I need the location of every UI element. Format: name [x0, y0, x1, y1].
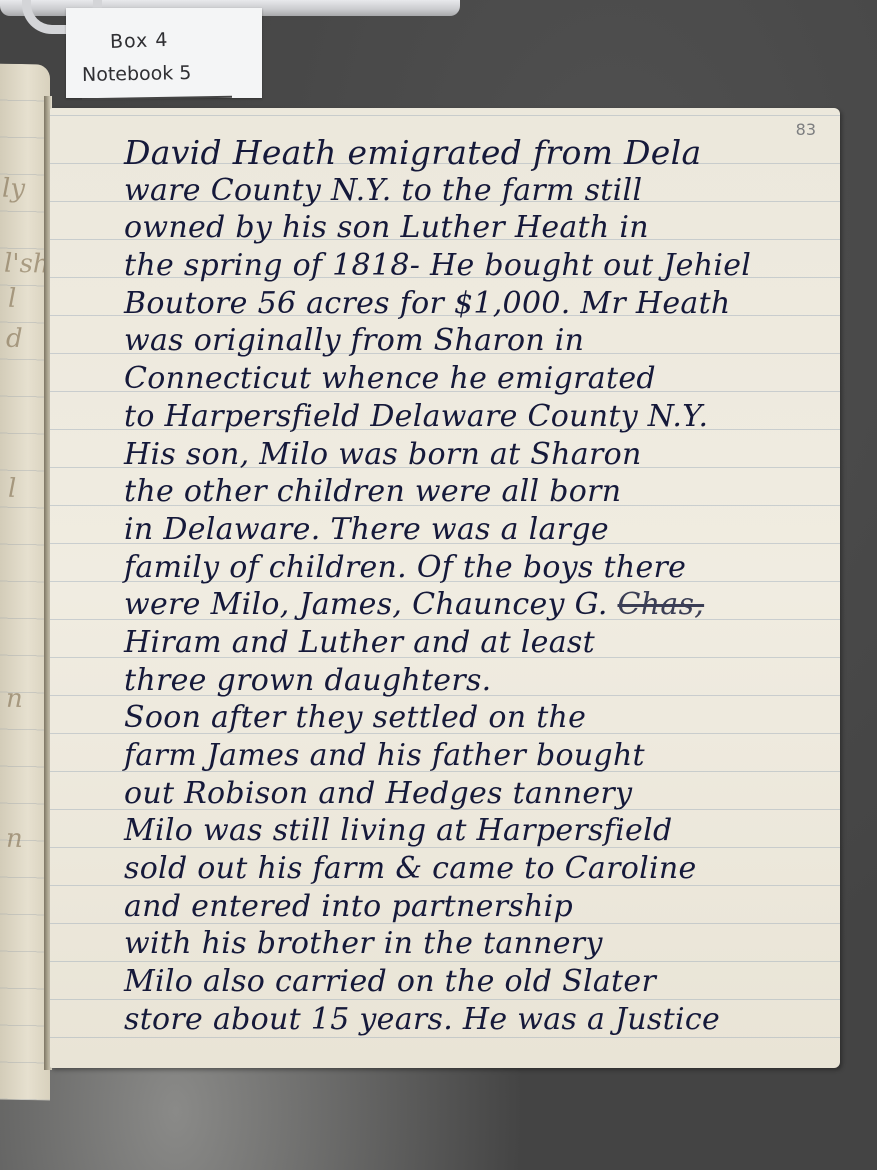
text-line-with-strike: were Milo, James, Chauncey G. Chas, — [124, 586, 834, 624]
ghost-mark: l — [8, 284, 16, 314]
text-line: farm James and his father bought — [124, 737, 834, 775]
text-line: David Heath emigrated from Dela — [124, 134, 834, 172]
ghost-mark: l — [8, 474, 16, 504]
archive-label-card: Box 4 Notebook 5 — [66, 8, 262, 98]
ghost-mark: ly — [2, 174, 25, 204]
ghost-mark: n — [6, 824, 23, 854]
archive-notebook-label: Notebook 5 — [82, 62, 192, 86]
archive-box-label: Box 4 — [110, 29, 169, 53]
text-line: ware County N.Y. to the farm still — [124, 172, 834, 210]
label-underline — [82, 96, 232, 101]
text-line: and entered into partnership — [124, 888, 834, 926]
text-line: Milo also carried on the old Slater — [124, 963, 834, 1001]
notebook-page: 83 David Heath emigrated from Dela ware … — [50, 108, 840, 1068]
text-line: with his brother in the tannery — [124, 925, 834, 963]
previous-page-edge: ly l'sh l d l n n — [0, 64, 50, 1101]
ghost-mark: l'sh — [4, 249, 50, 280]
text-line: three grown daughters. — [124, 662, 834, 700]
text-line: in Delaware. There was a large — [124, 511, 834, 549]
text-segment: were Milo, James, Chauncey G. — [124, 587, 608, 622]
text-line: to Harpersfield Delaware County N.Y. — [124, 398, 834, 436]
text-line: family of children. Of the boys there — [124, 549, 834, 587]
text-line: Boutore 56 acres for $1,000. Mr Heath — [124, 285, 834, 323]
ghost-mark: n — [6, 684, 23, 714]
text-line: was originally from Sharon in — [124, 322, 834, 360]
text-line: Hiram and Luther and at least — [124, 624, 834, 662]
text-line: sold out his farm & came to Caroline — [124, 850, 834, 888]
text-line: the other children were all born — [124, 473, 834, 511]
struck-word: Chas, — [618, 587, 705, 622]
ghost-mark: d — [6, 324, 23, 354]
text-line: out Robison and Hedges tannery — [124, 775, 834, 813]
text-line: Soon after they settled on the — [124, 699, 834, 737]
handwritten-text: David Heath emigrated from Dela ware Cou… — [124, 134, 834, 1039]
text-line: store about 15 years. He was a Justice — [124, 1001, 834, 1039]
text-line: His son, Milo was born at Sharon — [124, 436, 834, 474]
text-line: Milo was still living at Harpersfield — [124, 812, 834, 850]
text-line: the spring of 1818- He bought out Jehiel — [124, 247, 834, 285]
text-line: Connecticut whence he emigrated — [124, 360, 834, 398]
text-line: owned by his son Luther Heath in — [124, 209, 834, 247]
